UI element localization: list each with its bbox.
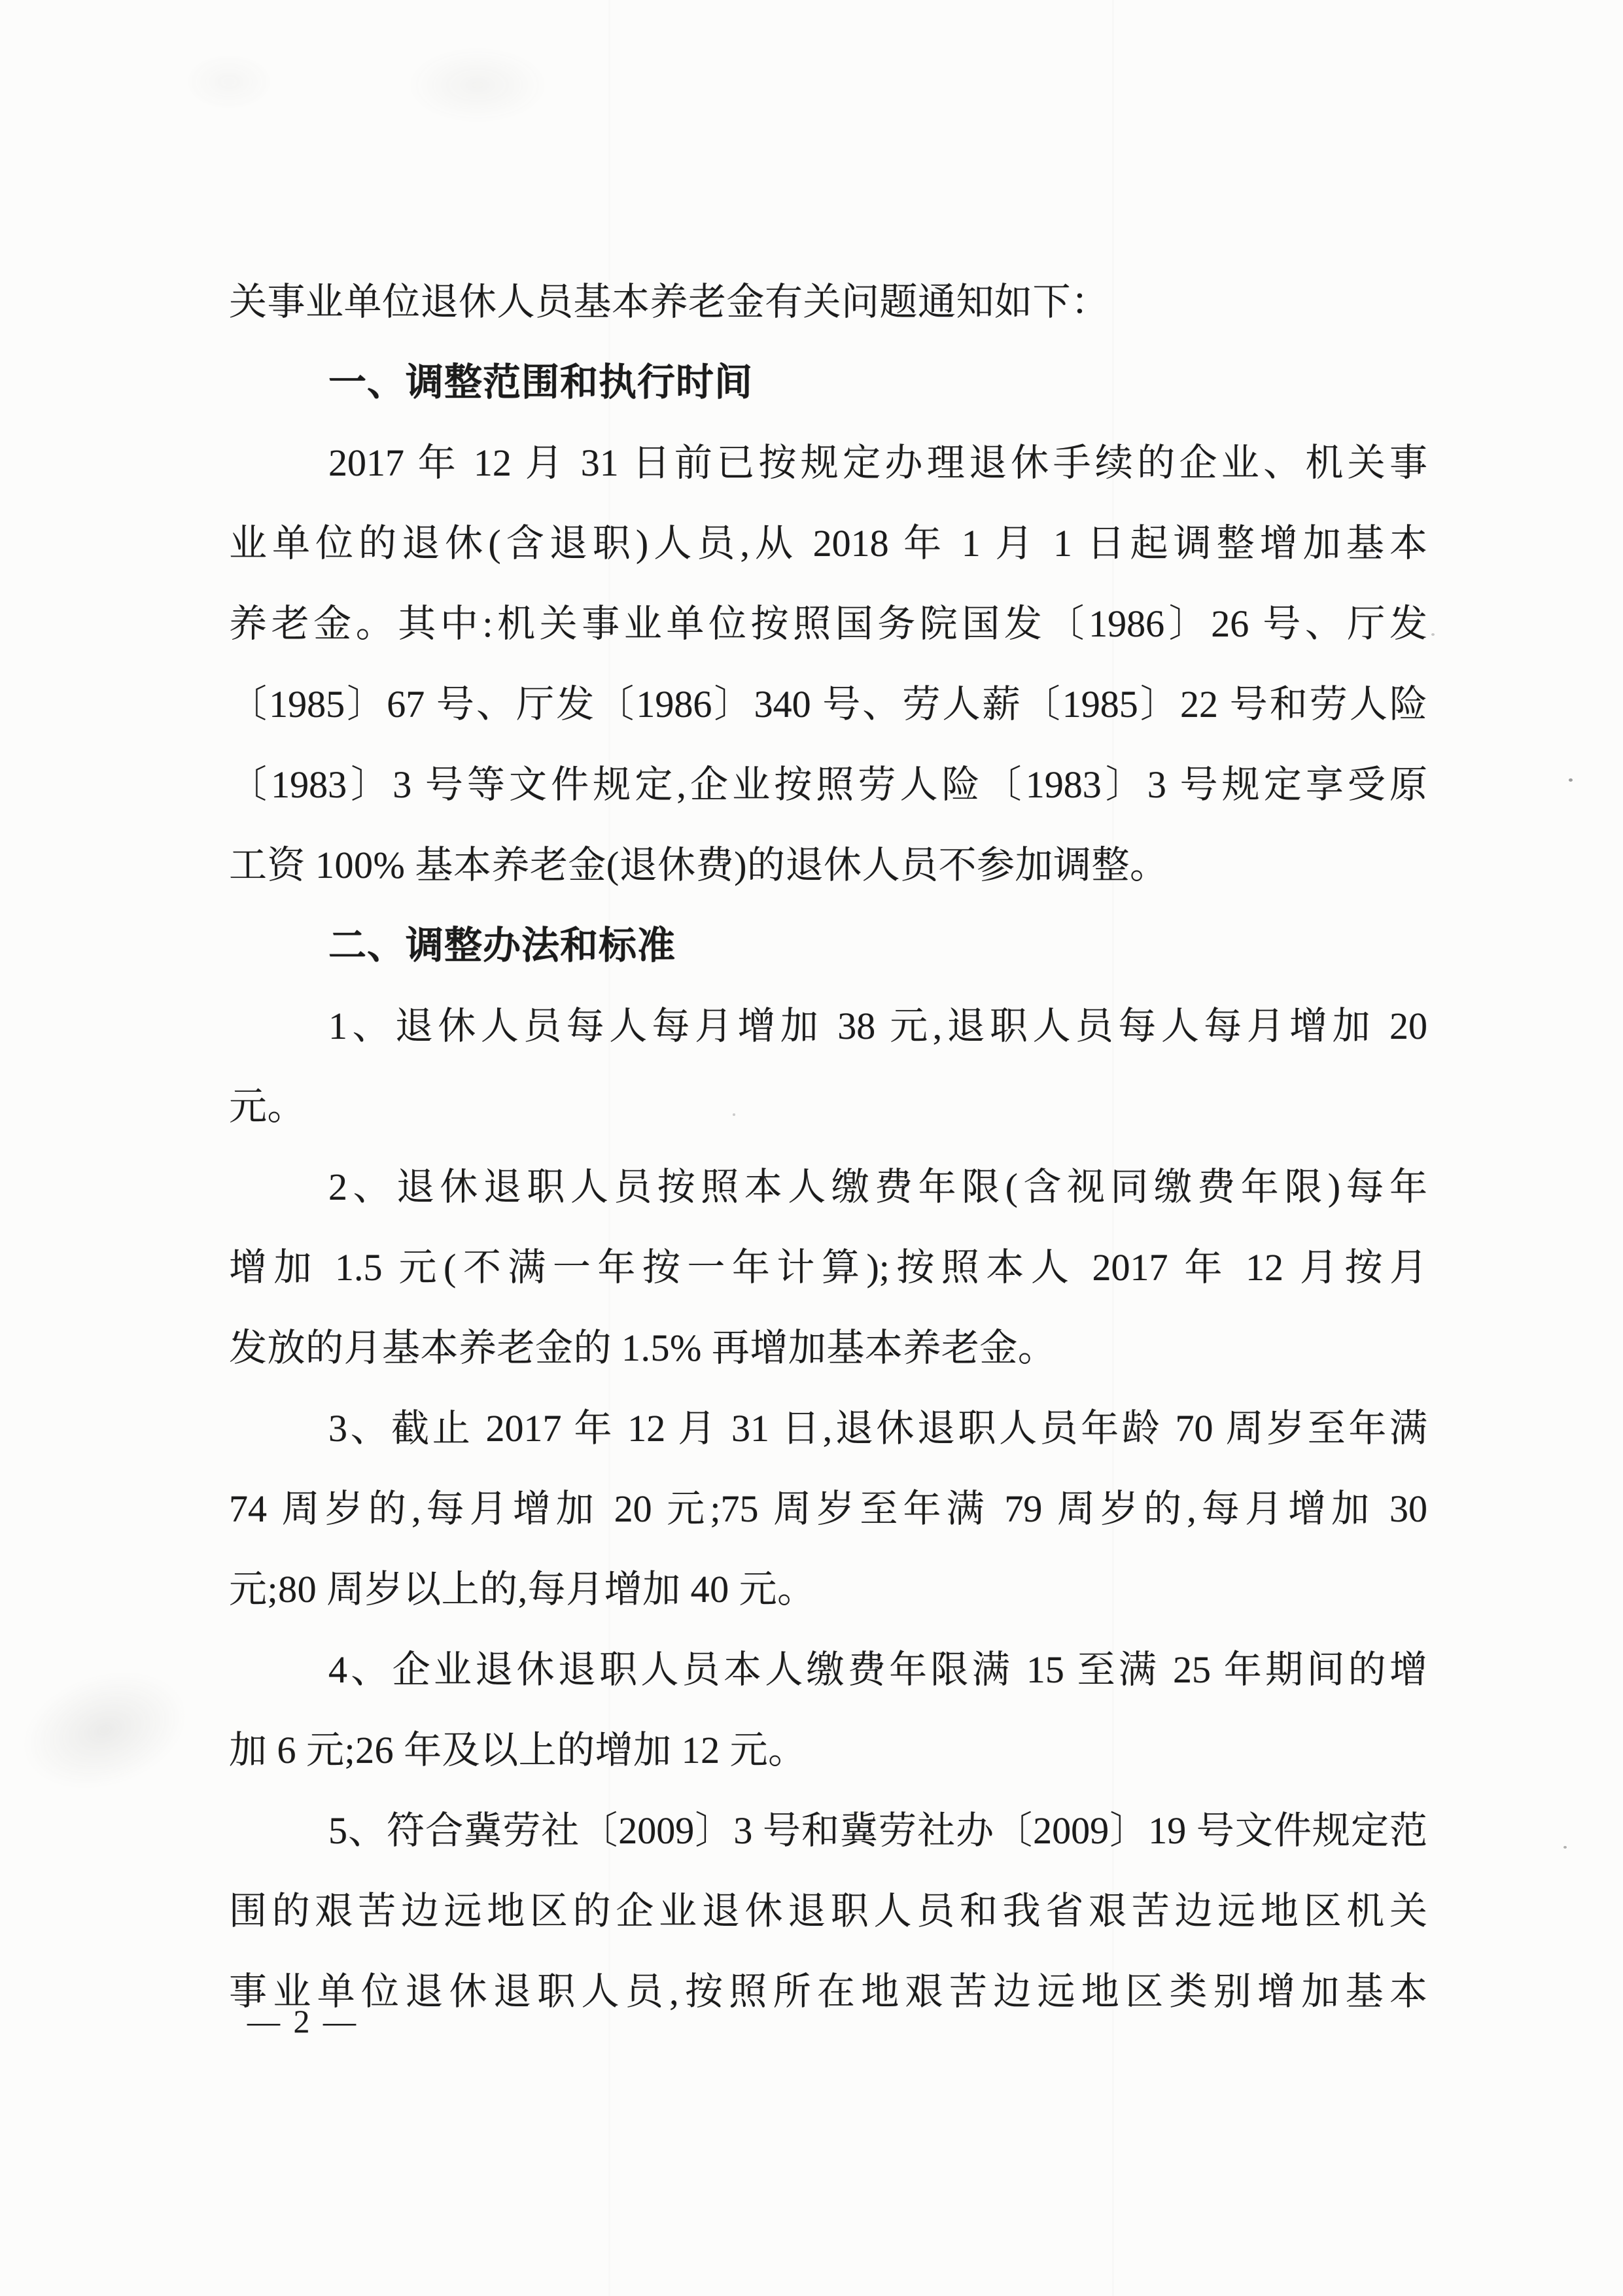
page-number: — 2 — (247, 1989, 358, 2054)
text-line: 加 6 元;26 年及以上的增加 12 元。 (229, 1710, 1427, 1790)
text-line: 养老金。其中:机关事业单位按照国务院国发〔1986〕26 号、厅发 (229, 583, 1427, 664)
text-line: 工资 100% 基本养老金(退休费)的退休人员不参加调整。 (229, 825, 1427, 905)
document-page: 关事业单位退休人员基本养老金有关问题通知如下： 一、调整范围和执行时间 2017… (0, 0, 1623, 2296)
text-line: 2017 年 12 月 31 日前已按规定办理退休手续的企业、机关事 (229, 423, 1427, 503)
text-line: 4、企业退休退职人员本人缴费年限满 15 至满 25 年期间的增 (229, 1629, 1427, 1710)
text-line: 关事业单位退休人员基本养老金有关问题通知如下： (229, 262, 1427, 342)
document-body: 关事业单位退休人员基本养老金有关问题通知如下： 一、调整范围和执行时间 2017… (229, 262, 1427, 2032)
text-line: 元;80 周岁以上的,每月增加 40 元。 (229, 1549, 1427, 1629)
text-line: 发放的月基本养老金的 1.5% 再增加基本养老金。 (229, 1308, 1427, 1388)
text-line: 74 周岁的,每月增加 20 元;75 周岁至年满 79 周岁的,每月增加 30 (229, 1469, 1427, 1549)
section-heading: 一、调整范围和执行时间 (229, 342, 1427, 423)
scan-smudge (7, 1651, 203, 1809)
section-heading: 二、调整办法和标准 (229, 905, 1427, 986)
text-line: 3、截止 2017 年 12 月 31 日,退休退职人员年龄 70 周岁至年满 (229, 1388, 1427, 1469)
text-line: 5、符合冀劳社〔2009〕3 号和冀劳社办〔2009〕19 号文件规定范 (229, 1790, 1427, 1871)
scan-speck (1563, 1846, 1567, 1849)
text-line: 增加 1.5 元(不满一年按一年计算);按照本人 2017 年 12 月按月 (229, 1227, 1427, 1308)
text-line: 事业单位退休退职人员,按照所在地艰苦边远地区类别增加基本 (229, 1951, 1427, 2032)
scan-smudge (406, 46, 550, 124)
text-line: 业单位的退休(含退职)人员,从 2018 年 1 月 1 日起调整增加基本 (229, 503, 1427, 583)
text-line: 围的艰苦边远地区的企业退休退职人员和我省艰苦边远地区机关 (229, 1871, 1427, 1951)
text-line: 元。 (229, 1066, 1427, 1147)
scan-speck (1569, 778, 1573, 782)
text-line: 2、退休退职人员按照本人缴费年限(含视同缴费年限)每年 (229, 1147, 1427, 1227)
text-line: 〔1985〕67 号、厅发〔1986〕340 号、劳人薪〔1985〕22 号和劳… (229, 664, 1427, 744)
scan-smudge (183, 52, 275, 111)
text-line: 〔1983〕3 号等文件规定,企业按照劳人险〔1983〕3 号规定享受原 (229, 744, 1427, 825)
scan-speck (1431, 633, 1435, 636)
text-line: 1、退休人员每人每月增加 38 元,退职人员每人每月增加 20 (229, 986, 1427, 1066)
